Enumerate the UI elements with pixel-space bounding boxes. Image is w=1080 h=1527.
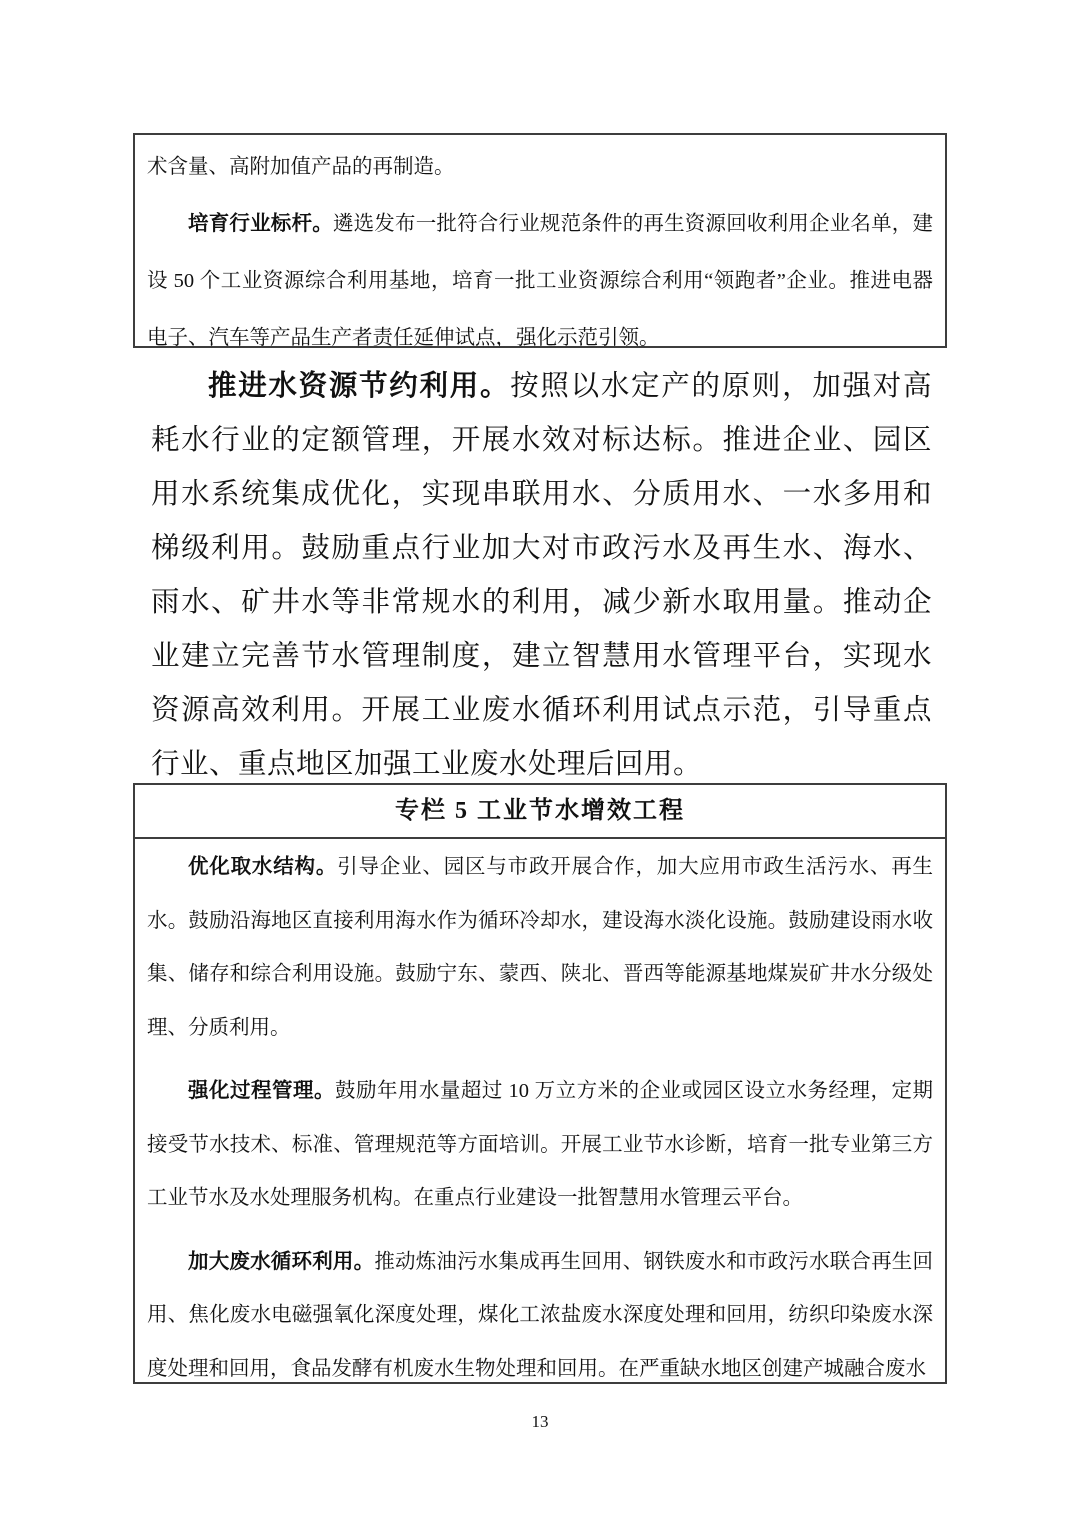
main-paragraph-lead: 推进水资源节约利用。 xyxy=(208,371,510,402)
paragraph-wastewater-recycling: 加大废水循环利用。推动炼油污水集成再生回用、钢铁废水和市政污水联合再生回用、焦化… xyxy=(147,1236,933,1385)
box-body: 优化取水结构。引导企业、园区与市政开展合作，加大应用市政生活污水、再生水。鼓励沿… xyxy=(135,839,945,1384)
paragraph-lead: 培育行业标杆。 xyxy=(188,213,333,235)
paragraph-lead: 强化过程管理。 xyxy=(188,1080,335,1102)
callout-box-column5: 专栏 5 工业节水增效工程 优化取水结构。引导企业、园区与市政开展合作，加大应用… xyxy=(133,783,947,1384)
paragraph-strengthen-process-management: 强化过程管理。鼓励年用水量超过 10 万立方米的企业或园区设立水务经理，定期接受… xyxy=(147,1065,933,1226)
callout-box-top: 术含量、高附加值产品的再制造。 培育行业标杆。遴选发布一批符合行业规范条件的再生… xyxy=(133,133,947,348)
paragraph-optimize-water-intake: 优化取水结构。引导企业、园区与市政开展合作，加大应用市政生活污水、再生水。鼓励沿… xyxy=(147,841,933,1055)
paragraph-cultivate-benchmarks: 培育行业标杆。遴选发布一批符合行业规范条件的再生资源回收利用企业名单，建设 50… xyxy=(147,196,933,348)
paragraph-continuation: 术含量、高附加值产品的再制造。 xyxy=(147,139,933,196)
main-paragraph-text: 按照以水定产的原则，加强对高耗水行业的定额管理，开展水效对标达标。推进企业、园区… xyxy=(151,371,932,780)
document-page: 术含量、高附加值产品的再制造。 培育行业标杆。遴选发布一批符合行业规范条件的再生… xyxy=(0,0,1080,1527)
paragraph-text: 引导企业、园区与市政开展合作，加大应用市政生活污水、再生水。鼓励沿海地区直接利用… xyxy=(147,856,933,1039)
page-number: 13 xyxy=(0,1412,1080,1432)
main-paragraph-water-saving: 推进水资源节约利用。按照以水定产的原则，加强对高耗水行业的定额管理，开展水效对标… xyxy=(151,360,932,792)
paragraph-lead: 优化取水结构。 xyxy=(188,856,337,878)
paragraph-lead: 加大废水循环利用。 xyxy=(188,1251,374,1273)
box-title: 专栏 5 工业节水增效工程 xyxy=(135,785,945,839)
